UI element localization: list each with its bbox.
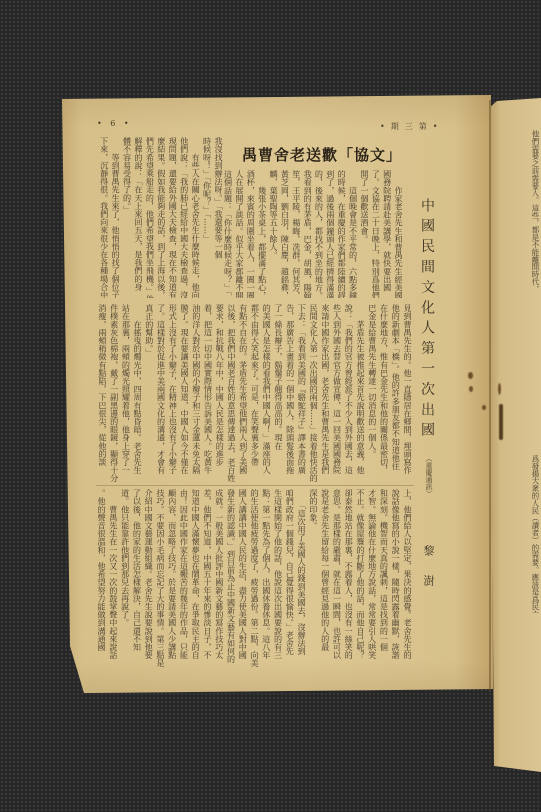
text-column: 說：「我們的官方曾經派了不少人到外國去，這 bbox=[343, 304, 355, 482]
text-block-upper-left: 我沒找到辦法呀。」「我還要等一個時候呀！」「你呢？」「……」 有些人在關心老舍先… bbox=[98, 137, 224, 298]
text-column: 見到曹禺先生的。他一直隱居在鄉間，埋頭寫作 bbox=[401, 304, 413, 482]
text-column: 顧內容，而忽略了技巧。於是要請美國人少講點 bbox=[166, 489, 178, 685]
text-column: 成就。一般美國人批評中國新文藝的寫作技巧太 bbox=[213, 489, 225, 685]
text-column: 他們需要之前需要人。這些，都是不能離開時代，離開群衆 bbox=[529, 130, 541, 292]
text-column: 民間文化人第一次出國的兩個……」接着他快活的說 bbox=[307, 304, 319, 482]
text-column: 由！因此中國作家在這艱苦的幾年的作品，只能 bbox=[178, 489, 190, 685]
text-block-middle: 見到曹禺先生的。他一直隱居在鄉間，埋頭寫作他的新劇本「橋」。他的許多朋友都不知道… bbox=[96, 304, 413, 482]
text-column: 這個晚會是不平常的，六點多鐘 bbox=[347, 170, 358, 298]
text-column: 和深刻。機智而天真的諷刺，這是找到的一個 bbox=[378, 489, 390, 685]
text-column: 生這樣開始了他的話，他說這次出國要說的有三 bbox=[272, 489, 284, 685]
text-column: 真正的幫助。」 bbox=[143, 304, 155, 482]
text-column: 形式上沒有了小辮子，在精神上也沒有了小辮子 bbox=[167, 304, 179, 482]
text-block-under-title: 作家老舍先生和曹禺先生經美國國務院聘請赴美講學，就快要出國了。文協在二十日晚上，… bbox=[222, 170, 404, 298]
stain-mark bbox=[468, 372, 473, 379]
text-column: 酒杯，來賓的周圍坐着人，一圈一圈的 bbox=[245, 170, 256, 298]
text-column: 上，他們給人以堅定，果決的感覺。老舍先生的 bbox=[401, 489, 413, 685]
text-column: 有些人在關心老舍先生什麼時候走，他向 bbox=[190, 137, 201, 298]
text-column: 麟，葉聖陶等五十餘人。 bbox=[268, 170, 279, 298]
text-column: 以後，把我們中國老百姓的意思傳達過去，老百姓的 bbox=[225, 304, 237, 482]
text-column: 國務院聘請赴美講學，就快要出國 bbox=[381, 170, 392, 298]
text-column: 才智。無論他在什麼地方說話，常常要引人哄笑 bbox=[366, 489, 378, 685]
text-column: 「這次用了美國人的錢到美國去，沒辦法到 bbox=[295, 489, 307, 685]
text-column: 的美國人是怎樣的看我們中國人啊！」滿座的人 bbox=[260, 304, 272, 482]
text-column: 意思。是那樣的嚴肅，就在這一瞬間，也許可以 bbox=[331, 489, 343, 685]
text-column: 說話像他寫的小說一樣，隨時閃露着幽默，詼諧 bbox=[389, 489, 401, 685]
article-subtitle: 中國民間文化人第一次出國 bbox=[417, 198, 437, 448]
stain-mark bbox=[499, 404, 503, 440]
text-column: 的，後來的人，都找不到坐的地方。 bbox=[313, 170, 324, 298]
text-column: 在搖曳的燭光中，四周有點昏暗。老舍先生 bbox=[131, 304, 143, 482]
text-column: 爲發揚大衆的人民（讀者）的需要。應該是爲民主爭取鬥爭文藝 bbox=[529, 455, 541, 613]
text-column: 介紹中國文藝運動組織。老舍先生說要說到他要 bbox=[142, 489, 154, 685]
adjacent-page-text-lower: 爲發揚大衆的人民（讀者）的需要。應該是爲民主爭取鬥爭文藝 bbox=[524, 455, 541, 613]
text-column: 要求，和抗戰八年中，中國人民是怎樣的進步 bbox=[214, 304, 226, 482]
text-column: 了。這樣對於促進中美兩國文化的溝通，才會有 bbox=[155, 304, 167, 482]
text-column: 有點不自在的。茅盾先生希望他們兩人到了美國 bbox=[237, 304, 249, 482]
text-column: 們先希望乘船走的，他們希望我們坐飛機。」他 bbox=[144, 137, 155, 298]
text-column: 我沒找到辦法呀。」「我還要等一個 bbox=[213, 137, 224, 298]
text-column: 些人到外國去替官方做宣傳，這一回美國國務院 bbox=[331, 304, 343, 482]
text-column: 國人講講中國人民的生活，盡力使美國人對中國 bbox=[237, 489, 249, 685]
text-column: 件樸素灰色棉袍，戴了一副黑邊的眼鏡，顯得十分 bbox=[108, 304, 120, 482]
text-column: 的生活使他疲勞過度了，疲勞過份。第二點，向美 bbox=[248, 489, 260, 685]
text-column: 告，那廣告上畫着的一個中國人，除頭髮後面拖 bbox=[284, 304, 296, 482]
stain-mark bbox=[469, 386, 473, 392]
text-column: 了。文協在二十日晚上，特別爲他們 bbox=[370, 170, 381, 298]
text-column: 幾張小茶桌上，都擺滿了點心， bbox=[256, 170, 267, 298]
text-column: 道。他只能靠許他們到那兒去再說了。 bbox=[119, 489, 131, 685]
text-column: 卻泰然地站在那裏，不露着人，也沒有一絲笑的 bbox=[342, 489, 354, 685]
text-column: 現問題，還要給外國大夫檢查，現在不知道有什 bbox=[167, 137, 178, 298]
text-column: 了一條長辮子，鬍鬚子翹得高高的。現在 bbox=[272, 304, 284, 482]
text-column: 下來，沉靜得很。我們向來很少在各種場合中 bbox=[98, 137, 109, 298]
text-column: 下去：「我看到美國的『駱駝祥子』譯本書的廣 bbox=[296, 304, 308, 482]
text-column: 曹禺先生在一次又一次的鼓掌聲中起來說話 bbox=[107, 489, 119, 685]
article-title: 「文協」歡送老舍曹禺 bbox=[242, 144, 402, 165]
text-column: 站在那裏，兩頰的燭光照耀着他，他身上穿了一 bbox=[120, 304, 132, 482]
text-column: 等到曹禺先生來了，他悄悄的找了個位子坐 bbox=[110, 137, 121, 298]
stain-mark bbox=[482, 405, 486, 410]
text-column: 來請中國作家出國，老舍先生和曹禺先生是我們 bbox=[319, 304, 331, 482]
text-column: 開了一個歡送酒會。 bbox=[359, 170, 370, 298]
tier-divider bbox=[96, 485, 414, 486]
article-dateline: （重慶通訊） bbox=[424, 455, 434, 507]
text-column: 說是老舍先生留給每一個曾經見過他的人的最 bbox=[319, 489, 331, 685]
text-column: 差，他們不知道，中國五十年來的慘淡日子，不 bbox=[201, 489, 213, 685]
text-column: 他們說：「我的肺已經給中國大夫檢查過，沒發 bbox=[178, 137, 189, 298]
text-column: 麼結果。假如我能夠走的話，到了上海以後，我 bbox=[155, 137, 166, 298]
text-column: 體不容易受得了的。」 bbox=[121, 137, 132, 298]
issue-number: •第三期• bbox=[380, 121, 443, 132]
text-column: 我看到的有茅盾，巴金，胡風，陽翰 bbox=[302, 170, 313, 298]
text-column: 油的洋人對於中國的小辮子和三寸金蓮未免太隔 bbox=[190, 304, 202, 482]
text-column: 的時候，在重慶的作家們都陸續的趕 bbox=[336, 170, 347, 298]
text-column: 不止。就像屋簷的打斷了他的話，而他自己呢？ bbox=[354, 489, 366, 685]
text-column: 解釋的說：「在天上來回五天，是我們的身 bbox=[133, 137, 144, 298]
text-column: 茅盾先生被推起來首先說明歡送的意義，他 bbox=[354, 304, 366, 482]
text-column: 到了，過後兩個鐘頭人已經擠得滿滿 bbox=[324, 170, 335, 298]
text-column: 知道中國人滿懷夢也在鬧革命，在爭取民主的自 bbox=[189, 489, 201, 685]
text-column: 時候呀！」「你呢？」「……」 bbox=[201, 137, 212, 298]
adjacent-page-text-upper: 他們需要之前需要人。這些，都是不能離開時代，離開群衆 bbox=[524, 130, 541, 292]
text-column: 消瘦，兩頰稍微有點陷，下巴很尖，從他的談 bbox=[96, 304, 108, 482]
text-column: 深的印象。 bbox=[307, 489, 319, 685]
text-column: 咱們政府一個錢兒，自己覺得很愉快。」老舍先 bbox=[284, 489, 296, 685]
stain-mark bbox=[498, 383, 501, 395]
text-column: 巴金是給曹禺先生轉達一切消息的一個人。 bbox=[366, 304, 378, 482]
page-number: • 6 • bbox=[97, 119, 132, 128]
text-column: 作家老舍先生和曹禺先生經美國 bbox=[393, 170, 404, 298]
text-column: 黃芝岡，劉白羽，陳白塵，趙銘彝， bbox=[279, 170, 290, 298]
text-column: 在什麼地方，惟有巴金先生和他的關係最密切， bbox=[378, 304, 390, 482]
text-column: 着，把這一切中國實際情形告訴美國人。吃黃牛 bbox=[202, 304, 214, 482]
text-column: 發生新的認識。」到目前為止中國新文藝有如何的 bbox=[225, 489, 237, 685]
text-column: 技巧。不要因小毛病而忘記了大的事情。第三點是 bbox=[154, 489, 166, 685]
page-fold bbox=[489, 100, 491, 692]
text-column: 笙，王平陵，楊晦，冼群，何其芳， bbox=[290, 170, 301, 298]
text-column: 膜了。現在要讓美國人知道，中國人如今不僅在 bbox=[178, 304, 190, 482]
article-author: 黎 澍 bbox=[423, 545, 436, 595]
text-block-lower: 上，他們給人以堅定，果決的感覺。老舍先生的說話像他寫的小說一樣，隨時閃露着幽默，… bbox=[95, 489, 413, 685]
text-column: 他的新劇本「橋」。他的許多朋友都不知道他住 bbox=[390, 304, 402, 482]
text-column: 點：第一點先為了個人，出國休養休息。這八年 bbox=[260, 489, 272, 685]
text-column: 了以後，他的家的生活怎樣解決，自己還不知 bbox=[131, 489, 143, 685]
text-column: 都不由得大笑起來了。可是，在笑聲裏多少帶 bbox=[249, 304, 261, 482]
text-column: 人在展開了談話。似乎大家都離不開 bbox=[234, 170, 245, 298]
text-column: 。他的聲音很溫和，他希望努力能做到溝通國 bbox=[95, 489, 107, 685]
